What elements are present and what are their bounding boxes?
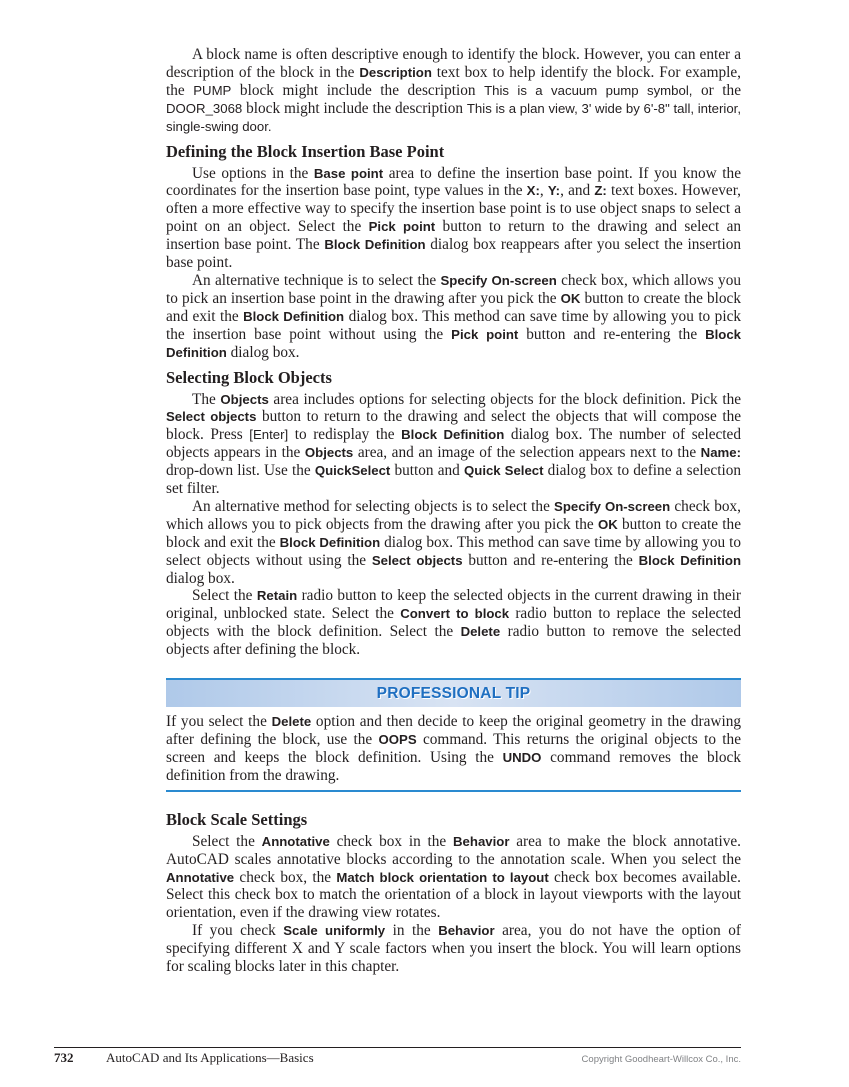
body-paragraph: An alternative technique is to select th… xyxy=(166,272,741,362)
copyright-notice: Copyright Goodheart-Willcox Co., Inc. xyxy=(582,1054,741,1065)
body-paragraph: Select the Retain radio button to keep t… xyxy=(166,587,741,659)
body-paragraph: An alternative method for selecting obje… xyxy=(166,498,741,588)
book-title: AutoCAD and Its Applications—Basics xyxy=(106,1050,582,1066)
professional-tip-box: PROFESSIONAL TIP If you select the Delet… xyxy=(166,678,741,792)
body-paragraph: If you check Scale uniformly in the Beha… xyxy=(166,922,741,976)
tip-title: PROFESSIONAL TIP xyxy=(377,685,531,703)
section-heading: Selecting Block Objects xyxy=(166,368,741,388)
tip-header-band: PROFESSIONAL TIP xyxy=(166,678,741,707)
section-heading: Defining the Block Insertion Base Point xyxy=(166,142,741,162)
page-content: A block name is often descriptive enough… xyxy=(166,46,741,976)
page-footer: 732 AutoCAD and Its Applications—Basics … xyxy=(54,1047,741,1066)
block-name: PUMP xyxy=(193,83,231,98)
tip-paragraph: If you select the Delete option and then… xyxy=(166,713,741,785)
block-name: DOOR_3068 xyxy=(166,101,242,116)
body-paragraph: Select the Annotative check box in the B… xyxy=(166,833,741,923)
ui-term: Description xyxy=(359,65,432,80)
body-paragraph: The Objects area includes options for se… xyxy=(166,391,741,498)
body-paragraph: Use options in the Base point area to de… xyxy=(166,165,741,272)
tip-body: If you select the Delete option and then… xyxy=(166,707,741,792)
key-name: [Enter] xyxy=(249,427,288,442)
example-description: This is a vacuum pump symbol, xyxy=(484,83,692,98)
page-number: 732 xyxy=(54,1050,106,1066)
intro-paragraph: A block name is often descriptive enough… xyxy=(166,46,741,136)
section-heading: Block Scale Settings xyxy=(166,810,741,830)
